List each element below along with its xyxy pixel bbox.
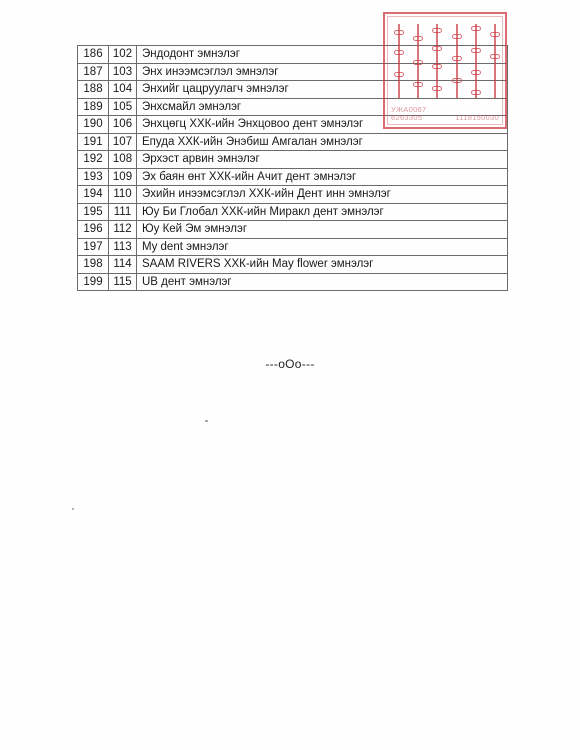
clinic-name: UB дент эмнэлэг <box>137 273 508 291</box>
clinic-name: Эхийн инээмсэглэл ХХК-ийн Дент инн эмнэл… <box>137 186 508 204</box>
row-number: 191 <box>78 133 109 151</box>
table-row: 197113My dent эмнэлэг <box>78 238 508 256</box>
row-number: 189 <box>78 98 109 116</box>
row-sub-number: 110 <box>109 186 137 204</box>
row-sub-number: 104 <box>109 81 137 99</box>
table-row: 198114SAAM RIVERS ХХК-ийн May flower эмн… <box>78 256 508 274</box>
table-row: 191107Епуда ХХК-ийн Энэбиш Амгалан эмнэл… <box>78 133 508 151</box>
clinic-name: Юу Би Глобал ХХК-ийн Миракл дент эмнэлэг <box>137 203 508 221</box>
row-number: 187 <box>78 63 109 81</box>
row-number: 199 <box>78 273 109 291</box>
row-sub-number: 102 <box>109 46 137 64</box>
stamp-code-line-2: 6263305 <box>391 114 426 122</box>
stamp-script-column <box>451 20 463 102</box>
stamp-script-column <box>393 20 405 102</box>
row-sub-number: 108 <box>109 151 137 169</box>
row-number: 196 <box>78 221 109 239</box>
row-sub-number: 107 <box>109 133 137 151</box>
row-sub-number: 115 <box>109 273 137 291</box>
stamp-script-columns <box>393 20 501 102</box>
row-sub-number: 109 <box>109 168 137 186</box>
row-number: 195 <box>78 203 109 221</box>
stamp-script-column <box>431 20 443 102</box>
stamp-script-column <box>412 20 424 102</box>
row-sub-number: 103 <box>109 63 137 81</box>
row-number: 192 <box>78 151 109 169</box>
stamp-code-left: УЖА0067 6263305 <box>391 106 426 122</box>
clinic-name: Эх баян өнт ХХК-ийн Ачит дент эмнэлэг <box>137 168 508 186</box>
row-sub-number: 105 <box>109 98 137 116</box>
row-sub-number: 112 <box>109 221 137 239</box>
stamp-script-column <box>489 20 501 102</box>
row-number: 193 <box>78 168 109 186</box>
clinic-name: SAAM RIVERS ХХК-ийн May flower эмнэлэг <box>137 256 508 274</box>
clinic-name: Епуда ХХК-ийн Энэбиш Амгалан эмнэлэг <box>137 133 508 151</box>
row-sub-number: 114 <box>109 256 137 274</box>
clinic-name: Эрхэст арвин эмнэлэг <box>137 151 508 169</box>
row-number: 190 <box>78 116 109 134</box>
table-row: 195111Юу Би Глобал ХХК-ийн Миракл дент э… <box>78 203 508 221</box>
scan-speck <box>72 508 74 510</box>
row-number: 188 <box>78 81 109 99</box>
row-number: 197 <box>78 238 109 256</box>
table-row: 194110Эхийн инээмсэглэл ХХК-ийн Дент инн… <box>78 186 508 204</box>
table-row: 193109Эх баян өнт ХХК-ийн Ачит дент эмнэ… <box>78 168 508 186</box>
document-page: 186102Эндодонт эмнэлэг187103Энх инээмсэг… <box>0 0 580 750</box>
clinic-name: My dent эмнэлэг <box>137 238 508 256</box>
table-row: 192108Эрхэст арвин эмнэлэг <box>78 151 508 169</box>
official-stamp: УЖА0067 6263305 1118150030 <box>383 12 507 129</box>
scan-speck <box>205 420 208 422</box>
row-number: 194 <box>78 186 109 204</box>
row-sub-number: 113 <box>109 238 137 256</box>
stamp-script-column <box>470 20 482 102</box>
row-sub-number: 111 <box>109 203 137 221</box>
clinic-name: Юу Кей Эм эмнэлэг <box>137 221 508 239</box>
row-number: 198 <box>78 256 109 274</box>
row-sub-number: 106 <box>109 116 137 134</box>
table-row: 196112Юу Кей Эм эмнэлэг <box>78 221 508 239</box>
stamp-code-right: 1118150030 <box>455 114 499 122</box>
table-row: 199115UB дент эмнэлэг <box>78 273 508 291</box>
end-of-document-mark: ---oOo--- <box>0 357 580 371</box>
row-number: 186 <box>78 46 109 64</box>
